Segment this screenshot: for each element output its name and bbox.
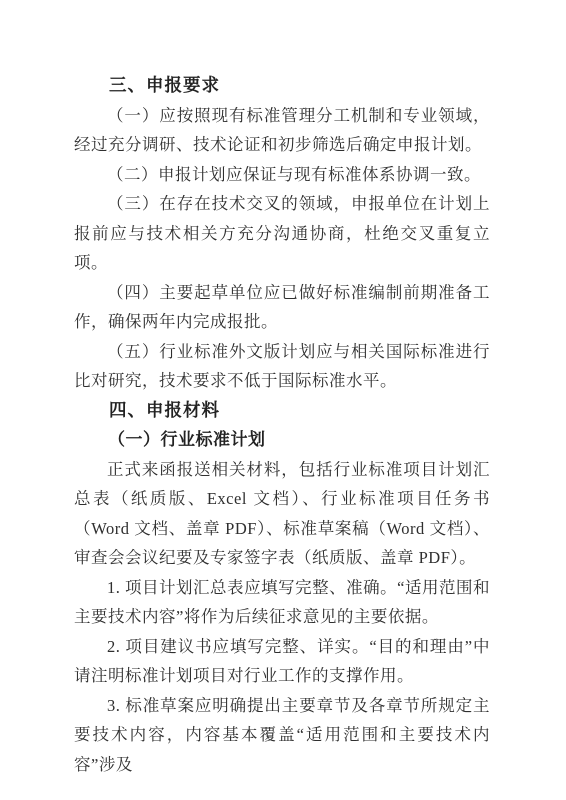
paragraph-requirement-5: （五）行业标准外文版计划应与相关国际标准进行比对研究，技术要求不低于国际标准水平…	[74, 337, 490, 396]
paragraph-requirement-1: （一）应按照现有标准管理分工机制和专业领域，经过充分调研、技术论证和初步筛选后确…	[74, 101, 490, 160]
paragraph-requirement-2: （二）申报计划应保证与现有标准体系协调一致。	[74, 160, 490, 190]
paragraph-materials-item-3-truncated: 3. 标准草案应明确提出主要章节及各章节所规定主要技术内容，内容基本覆盖“适用范…	[74, 691, 490, 780]
section-heading-application-requirements: 三、申报要求	[74, 71, 490, 101]
paragraph-materials-item-1: 1. 项目计划汇总表应填写完整、准确。“适用范围和主要技术内容”将作为后续征求意…	[74, 573, 490, 632]
paragraph-requirement-4: （四）主要起草单位应已做好标准编制前期准备工作，确保两年内完成报批。	[74, 278, 490, 337]
document-page: 三、申报要求 （一）应按照现有标准管理分工机制和专业领域，经过充分调研、技术论证…	[0, 0, 566, 800]
subheading-industry-standard-plan: （一）行业标准计划	[74, 425, 490, 455]
paragraph-materials-overview: 正式来函报送相关材料，包括行业标准项目计划汇总表（纸质版、Excel 文档）、行…	[74, 455, 490, 573]
section-heading-application-materials: 四、申报材料	[74, 396, 490, 426]
paragraph-materials-item-2: 2. 项目建议书应填写完整、详实。“目的和理由”中请注明标准计划项目对行业工作的…	[74, 632, 490, 691]
paragraph-requirement-3: （三）在存在技术交叉的领域，申报单位在计划上报前应与技术相关方充分沟通协商，杜绝…	[74, 189, 490, 278]
